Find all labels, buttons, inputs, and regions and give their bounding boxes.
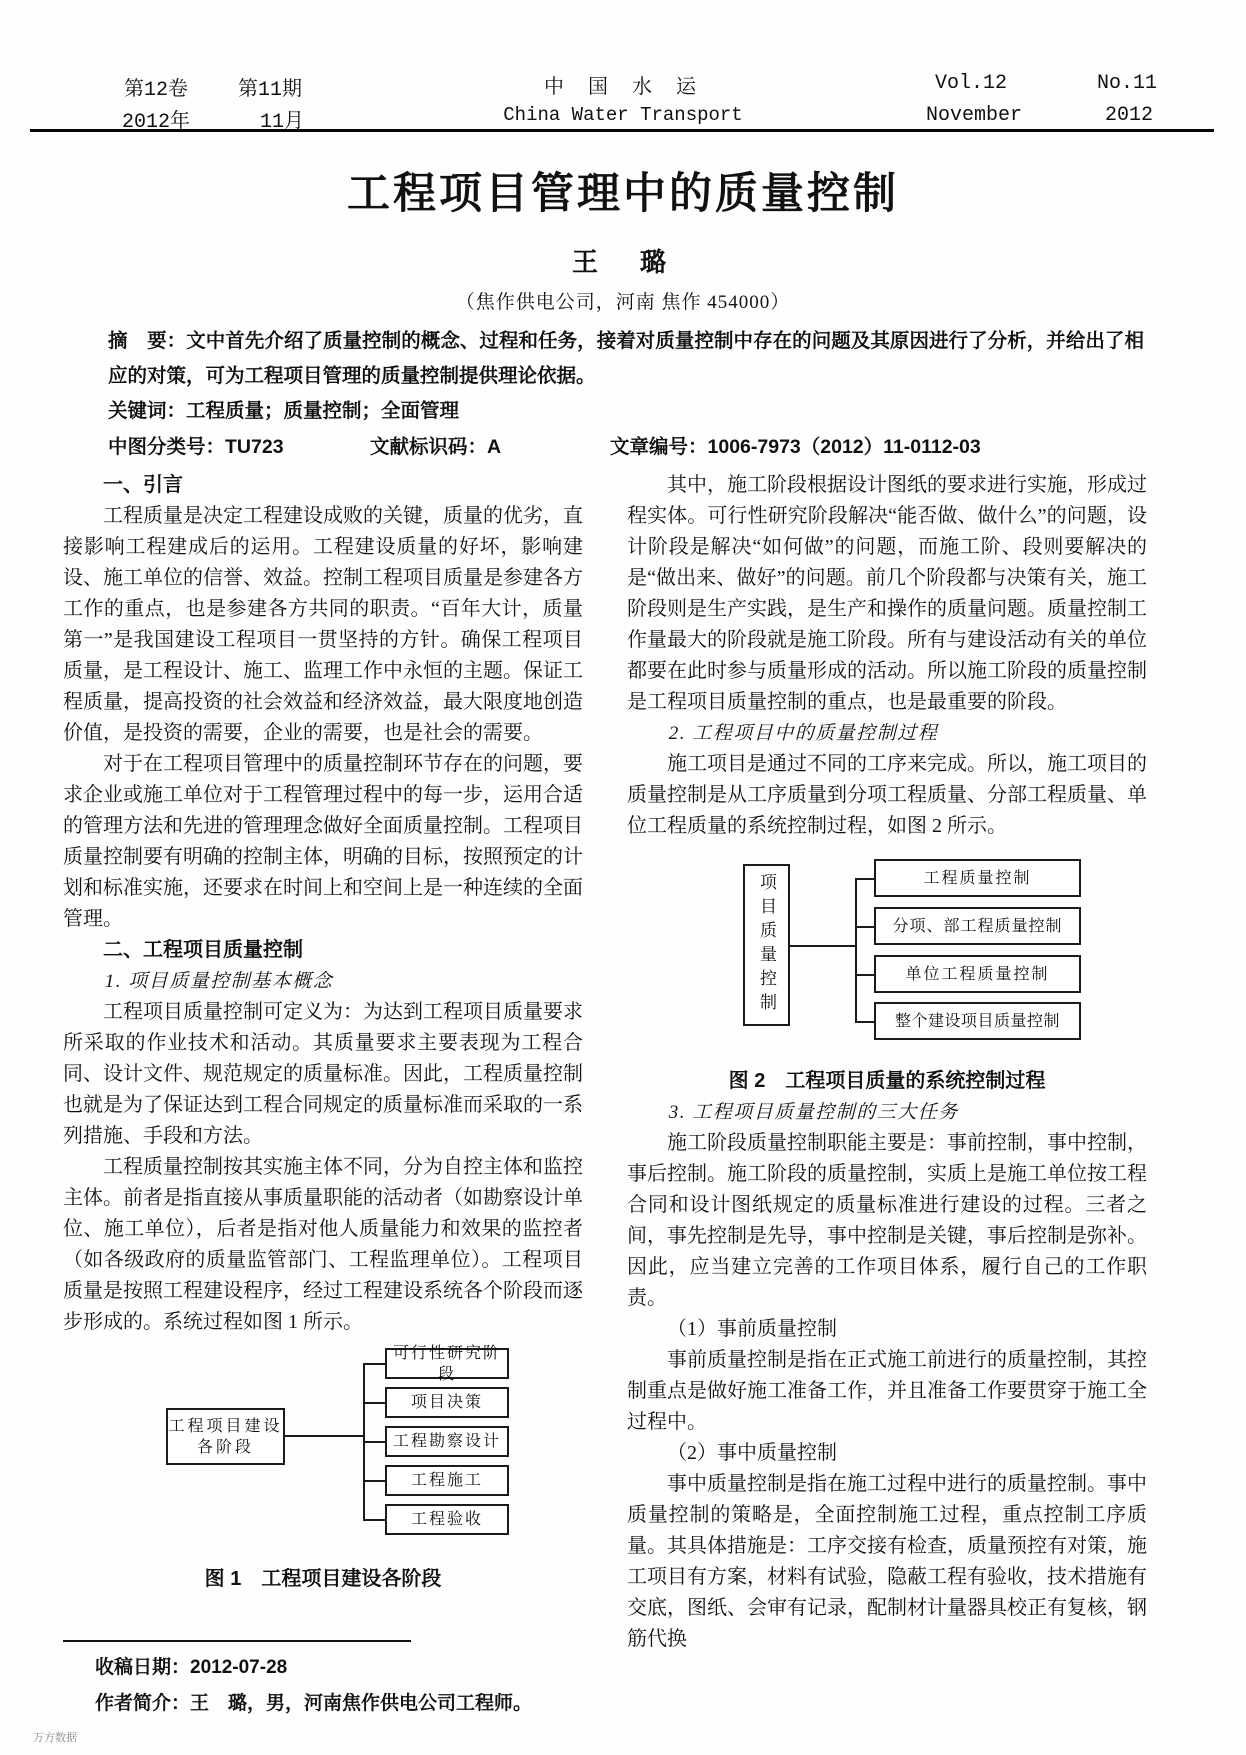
figure1-stage-box: 工程施工 bbox=[385, 1465, 509, 1496]
classification-row: 中图分类号：TU723 文献标识码：A 文章编号：1006-7973（2012）… bbox=[108, 430, 1144, 465]
paragraph: 其中，施工阶段根据设计图纸的要求进行实施，形成过程实体。可行性研究阶段解决“能否… bbox=[627, 470, 1147, 718]
header-issue-cn: 第11期 bbox=[238, 72, 302, 102]
figure2-branch-box: 工程质量控制 bbox=[874, 859, 1081, 897]
figure1-connector-line bbox=[285, 1435, 363, 1437]
figure1-stage-box: 可行性研究阶段 bbox=[385, 1348, 509, 1379]
received-date-line: 收稿日期：2012-07-28 bbox=[63, 1650, 583, 1686]
figure2-branch-box: 分项、部工程质量控制 bbox=[874, 907, 1081, 945]
figure1-stage-box: 项目决策 bbox=[385, 1387, 509, 1418]
article-id: 文章编号：1006-7973（2012）11-0112-03 bbox=[610, 430, 981, 465]
footnote-rule bbox=[63, 1640, 411, 1642]
header-vol-cn: 第12卷 bbox=[124, 72, 188, 102]
header-rule bbox=[30, 129, 1214, 132]
figure2-diagram: 项目质量控制 工程质量控制 分项、部工程质量控制 单位工程质量控制 整个建设项目… bbox=[627, 856, 1147, 1058]
footnote-block: 收稿日期：2012-07-28 作者简介：王 璐，男，河南焦作供电公司工程师。 bbox=[63, 1640, 583, 1722]
figure1-root-box: 工程项目建设 各阶段 bbox=[166, 1408, 285, 1465]
right-column: 其中，施工阶段根据设计图纸的要求进行实施，形成过程实体。可行性研究阶段解决“能否… bbox=[627, 470, 1147, 1655]
figure2-branch-box: 单位工程质量控制 bbox=[874, 955, 1081, 993]
journal-name-cn: 中 国 水 运 bbox=[544, 70, 702, 100]
figure2-caption: 图 2 工程项目质量的系统控制过程 bbox=[627, 1066, 1147, 1097]
heading-introduction: 一、引言 bbox=[63, 470, 583, 501]
figure1-stage-box: 工程勘察设计 bbox=[385, 1426, 509, 1457]
header-issue-en: No.11 bbox=[1097, 72, 1157, 95]
figure2-stub-line bbox=[855, 1021, 874, 1023]
figure1-stub-line bbox=[363, 1441, 385, 1443]
figure1-stub-line bbox=[363, 1519, 385, 1521]
abstract: 摘 要：文中首先介绍了质量控制的概念、过程和任务，接着对质量控制中存在的问题及其… bbox=[108, 324, 1144, 394]
abstract-label: 摘 要： bbox=[108, 330, 186, 352]
clc-number: 中图分类号：TU723 bbox=[108, 430, 284, 465]
heading-pre-control: （1）事前质量控制 bbox=[627, 1314, 1147, 1345]
subheading-three-tasks: 3. 工程项目质量控制的三大任务 bbox=[627, 1097, 1147, 1128]
page-title: 工程项目管理中的质量控制 bbox=[0, 160, 1246, 221]
figure1-diagram: 工程项目建设 各阶段 可行性研究阶段 项目决策 工程勘察设计 工程施工 工程验收 bbox=[63, 1344, 583, 1556]
journal-page: 第12卷 第11期 2012年 11月 中 国 水 运 China Water … bbox=[0, 0, 1246, 1755]
abstract-text: 文中首先介绍了质量控制的概念、过程和任务，接着对质量控制中存在的问题及其原因进行… bbox=[108, 330, 1144, 387]
paragraph: 事中质量控制是指在施工过程中进行的质量控制。事中质量控制的策略是，全面控制施工过… bbox=[627, 1469, 1147, 1655]
paragraph: 施工阶段质量控制职能主要是：事前控制，事中控制，事后控制。施工阶段的质量控制，实… bbox=[627, 1128, 1147, 1314]
keywords-text: 工程质量；质量控制；全面管理 bbox=[186, 400, 459, 422]
keywords-label: 关键词： bbox=[108, 400, 186, 422]
figure2-trunk-line bbox=[855, 878, 857, 1023]
author-name: 王 璐 bbox=[0, 242, 1246, 279]
subheading-control-process: 2. 工程项目中的质量控制过程 bbox=[627, 718, 1147, 749]
figure1-stub-line bbox=[363, 1363, 385, 1365]
paragraph: 工程质量是决定工程建设成败的关键，质量的优劣，直接影响工程建成后的运用。工程建设… bbox=[63, 501, 583, 749]
figure1-stub-line bbox=[363, 1480, 385, 1482]
header-year-en: 2012 bbox=[1105, 104, 1153, 127]
heading-mid-control: （2）事中质量控制 bbox=[627, 1438, 1147, 1469]
figure2-root-box: 项目质量控制 bbox=[743, 864, 790, 1026]
figure2-branch-box: 整个建设项目质量控制 bbox=[874, 1002, 1081, 1040]
figure2-stub-line bbox=[855, 878, 874, 880]
subheading-basic-concept: 1. 项目质量控制基本概念 bbox=[63, 966, 583, 997]
figure1-stage-box: 工程验收 bbox=[385, 1504, 509, 1535]
wanfang-watermark: 万方数据 bbox=[33, 1729, 77, 1745]
paragraph: 事前质量控制是指在正式施工前进行的质量控制，其控制重点是做好施工准备工作，并且准… bbox=[627, 1345, 1147, 1438]
author-bio-line: 作者简介：王 璐，男，河南焦作供电公司工程师。 bbox=[63, 1686, 583, 1722]
article-meta: 摘 要：文中首先介绍了质量控制的概念、过程和任务，接着对质量控制中存在的问题及其… bbox=[108, 324, 1144, 465]
paragraph: 对于在工程项目管理中的质量控制环节存在的问题，要求企业或施工单位对于工程管理过程… bbox=[63, 749, 583, 935]
figure2-stub-line bbox=[855, 974, 874, 976]
figure2-connector-line bbox=[790, 945, 855, 947]
document-code: 文献标识码：A bbox=[370, 430, 501, 465]
author-affiliation: （焦作供电公司，河南 焦作 454000） bbox=[0, 287, 1246, 314]
paragraph: 施工项目是通过不同的工序来完成。所以，施工项目的质量控制是从工序质量到分项工程质… bbox=[627, 749, 1147, 842]
keywords-line: 关键词：工程质量；质量控制；全面管理 bbox=[108, 394, 1144, 429]
header-vol-en: Vol.12 bbox=[935, 72, 1007, 95]
journal-name-en: China Water Transport bbox=[503, 104, 742, 126]
paragraph: 工程项目质量控制可定义为：为达到工程项目质量要求所采取的作业技术和活动。其质量要… bbox=[63, 997, 583, 1152]
figure1-stub-line bbox=[363, 1402, 385, 1404]
paragraph: 工程质量控制按其实施主体不同，分为自控主体和监控主体。前者是指直接从事质量职能的… bbox=[63, 1152, 583, 1338]
figure1-caption: 图 1 工程项目建设各阶段 bbox=[63, 1564, 583, 1595]
header-month-en: November bbox=[926, 104, 1022, 127]
left-column: 一、引言 工程质量是决定工程建设成败的关键，质量的优劣，直接影响工程建成后的运用… bbox=[63, 470, 583, 1595]
figure2-stub-line bbox=[855, 926, 874, 928]
heading-section2: 二、工程项目质量控制 bbox=[63, 935, 583, 966]
